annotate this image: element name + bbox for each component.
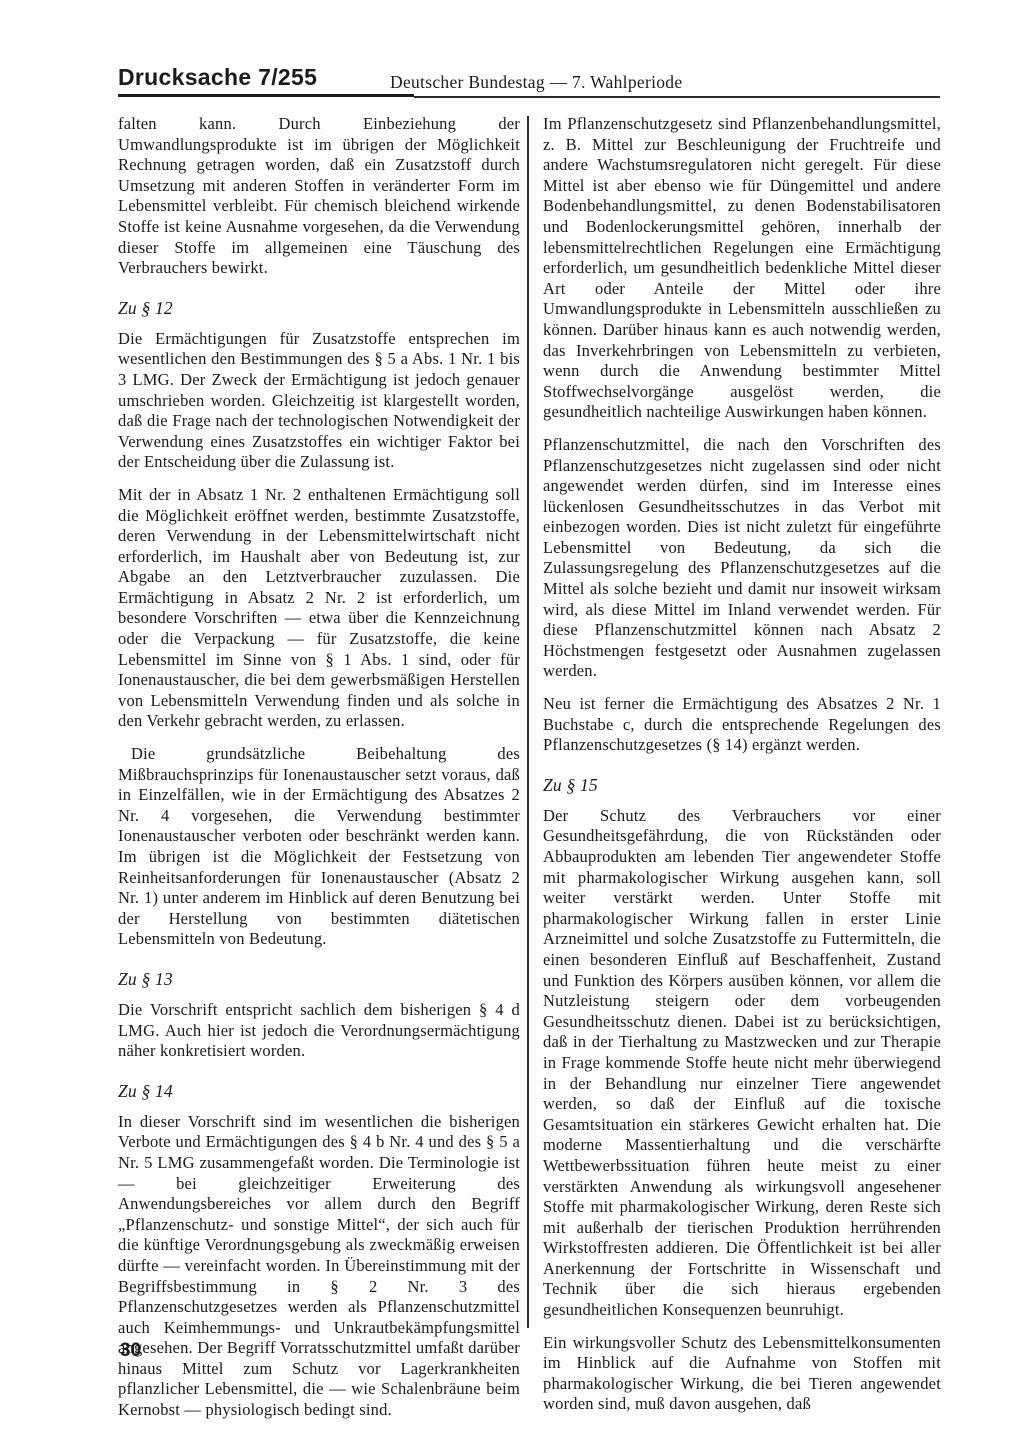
document-page: Drucksache 7/255 Deutscher Bundestag — 7… — [0, 0, 1024, 1449]
right-column: Im Pflanzenschutzgesetz sind Pflanzenbeh… — [543, 114, 941, 1415]
header-rule-thick — [118, 94, 414, 97]
session-title: Deutscher Bundestag — 7. Wahlperiode — [390, 72, 682, 93]
left-column: falten kann. Durch Einbeziehung der Umwa… — [118, 114, 520, 1421]
paragraph-schutz-des-verbrauchers: Der Schutz des Verbrauchers vor einer Ge… — [543, 806, 941, 1321]
paragraph-vorschrift-4d-lmg: Die Vorschrift entspricht sachlich dem b… — [118, 1000, 520, 1062]
paragraph-terminologie: In dieser Vorschrift sind im wesentliche… — [118, 1112, 520, 1421]
column-divider — [527, 116, 529, 1328]
paragraph-ermaechtigungen-zusatzstoffe: Die Ermächtigungen für Zusatzstoffe ents… — [118, 329, 520, 473]
paragraph-missbrauchsprinzip: Die grundsätzliche Beibehaltung des Mißb… — [118, 744, 520, 950]
paragraph-absatz-1-nr-2: Mit der in Absatz 1 Nr. 2 enthaltenen Er… — [118, 485, 520, 732]
page-number: 30 — [120, 1340, 141, 1362]
paragraph-pflanzenschutzmittel-verbot: Pflanzenschutzmittel, die nach den Vorsc… — [543, 435, 941, 682]
section-heading-zu-14: Zu § 14 — [118, 1081, 520, 1101]
paragraph-pflanzenschutzgesetz: Im Pflanzenschutzgesetz sind Pflanzenbeh… — [543, 114, 941, 423]
section-heading-zu-15: Zu § 15 — [543, 775, 941, 795]
doc-number: Drucksache 7/255 — [118, 64, 317, 91]
paragraph-falten-kann: falten kann. Durch Einbeziehung der Umwa… — [118, 114, 520, 279]
section-heading-zu-12: Zu § 12 — [118, 298, 520, 318]
header-rule-thin — [414, 96, 940, 98]
paragraph-neu-ist-ferner: Neu ist ferner die Ermächtigung des Absa… — [543, 694, 941, 756]
section-heading-zu-13: Zu § 13 — [118, 969, 520, 989]
paragraph-wirkungsvoller-schutz: Ein wirkungsvoller Schutz des Lebensmitt… — [543, 1333, 941, 1415]
